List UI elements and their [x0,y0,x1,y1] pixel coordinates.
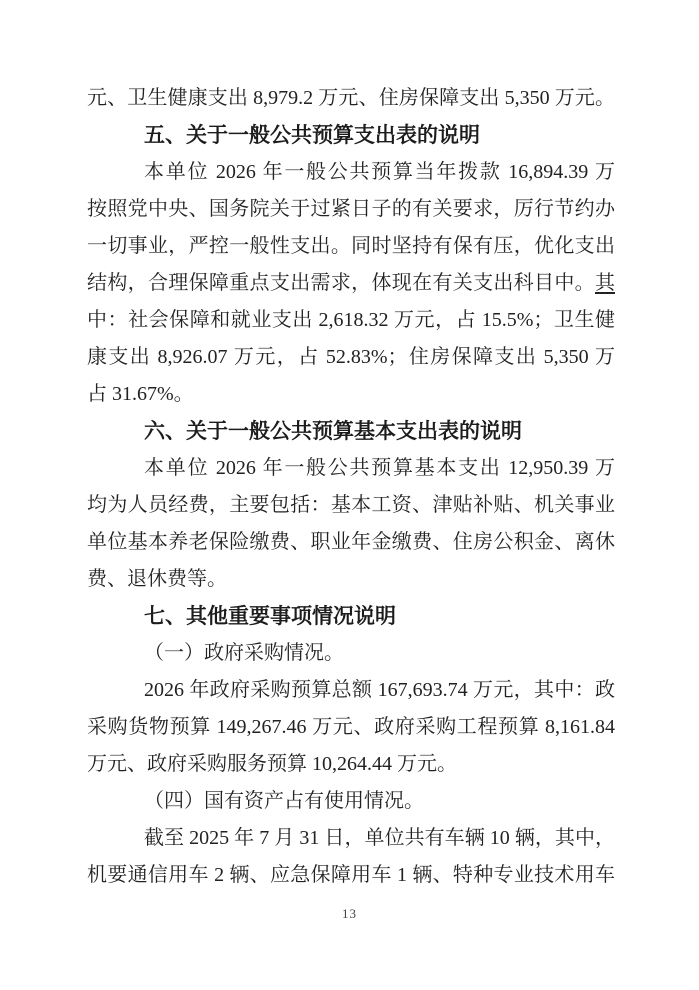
para-state-assets-vehicles-line-0: 截至 2025 年 7 月 31 日，单位共有车辆 10 辆，其中， [87,820,615,857]
section-heading-6: 六、关于一般公共预算基本支出表的说明 [87,413,615,450]
subitem-4-state-assets: （四）国有资产占有使用情况。 [87,783,615,820]
section-heading-5: 五、关于一般公共预算支出表的说明 [87,117,615,154]
para-general-public-budget-expenditure-line-2: 一切事业，严控一般性支出。同时坚持有保有压，优化支出 [87,228,615,265]
underlined-text: 其 [595,272,615,294]
para-continuation-expenditure-line-0: 元、卫生健康支出 8,979.2 万元、住房保障支出 5,350 万元。 [87,80,615,117]
para-government-procurement-line-2: 万元、政府采购服务预算 10,264.44 万元。 [87,746,615,783]
para-general-public-budget-expenditure-line-3: 结构，合理保障重点支出需求，体现在有关支出科目中。其 [87,265,615,302]
para-basic-expenditure-line-1: 均为人员经费，主要包括：基本工资、津贴补贴、机关事业 [87,487,615,524]
para-general-public-budget-expenditure-line-5: 康支出 8,926.07 万元，占 52.83%；住房保障支出 5,350 万元… [87,339,615,376]
para-government-procurement-line-0: 2026 年政府采购预算总额 167,693.74 万元，其中：政府 [87,672,615,709]
para-government-procurement-line-1: 采购货物预算 149,267.46 万元、政府采购工程预算 8,161.84 [87,709,615,746]
text-segment: 结构，合理保障重点支出需求，体现在有关支出科目中。 [87,272,595,294]
document-body: 元、卫生健康支出 8,979.2 万元、住房保障支出 5,350 万元。五、关于… [87,80,615,894]
para-state-assets-vehicles-line-1: 机要通信用车 2 辆、应急保障用车 1 辆、特种专业技术用车 [87,857,615,894]
para-general-public-budget-expenditure-line-1: 按照党中央、国务院关于过紧日子的有关要求，厉行节约办 [87,191,615,228]
para-general-public-budget-expenditure-line-4: 中：社会保障和就业支出 2,618.32 万元，占 15.5%；卫生健 [87,302,615,339]
para-general-public-budget-expenditure-line-0: 本单位 2026 年一般公共预算当年拨款 16,894.39 万元， [87,154,615,191]
para-basic-expenditure-line-2: 单位基本养老保险缴费、职业年金缴费、住房公积金、离休 [87,524,615,561]
para-general-public-budget-expenditure-line-6: 占 31.67%。 [87,376,615,413]
section-heading-7: 七、其他重要事项情况说明 [87,598,615,635]
document-page: 元、卫生健康支出 8,979.2 万元、住房保障支出 5,350 万元。五、关于… [0,0,699,990]
para-basic-expenditure-line-0: 本单位 2026 年一般公共预算基本支出 12,950.39 万元， [87,450,615,487]
page-number: 13 [0,906,699,922]
subitem-1-government-procurement: （一）政府采购情况。 [87,635,615,672]
para-basic-expenditure-line-3: 费、退休费等。 [87,561,615,598]
